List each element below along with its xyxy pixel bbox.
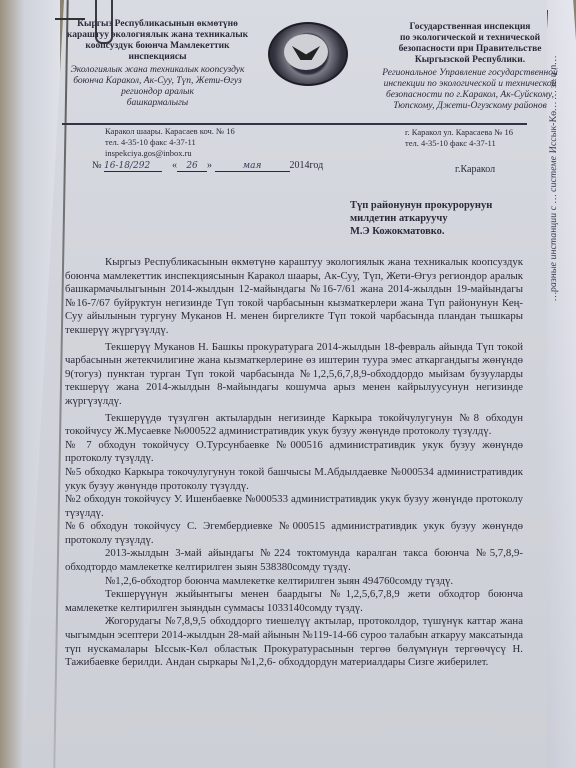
paragraph: №1,2,6-обходтор боюнча мамлекетке келтир…	[65, 575, 523, 589]
emblem-center	[284, 34, 328, 70]
paragraph: №2 обходун токойчусу У. Ишенбаевке №0005…	[65, 493, 523, 520]
addressee-line: Түп районунун прокурорунун	[350, 199, 492, 212]
letterhead-line: Тюпскому, Джети-Огузскому районов	[375, 101, 565, 112]
phone-fax: тел. 4-35-10 факс 4-37-11	[105, 137, 235, 148]
addressee-line: М.Э Кожокматовко.	[350, 225, 492, 238]
letterhead-line: Региональное Управление государственной	[375, 68, 565, 79]
letterhead-divider	[62, 123, 527, 125]
outgoing-number: 16-18/292	[104, 161, 162, 172]
phone-fax: тел. 4-35-10 факс 4-37-11	[405, 138, 513, 149]
letterhead-line: инспекции по экологической и технической	[375, 79, 565, 90]
number-label: №	[92, 160, 102, 171]
letterhead-line: инспекциясы	[60, 52, 255, 63]
letterhead-russian: Государственная инспекция по экологическ…	[375, 22, 565, 112]
paragraph: Жогорудагы №7,8,9,5 обходдорго тиешелүү …	[65, 615, 523, 669]
month: мая	[215, 161, 290, 172]
paragraph: 2013-жылдын 3-май айындагы №224 токтомун…	[65, 547, 523, 574]
letterhead-line: безопасности при Правительстве	[375, 44, 565, 55]
letterhead-line: боюнча Каракол, Ак-Суу, Түп, Жети-Өгуз	[60, 76, 255, 87]
paragraph: Текшерүү Муканов Н. Башкы прокуратурага …	[65, 341, 523, 409]
addressee: Түп районунун прокурорунун милдетин атка…	[350, 199, 492, 238]
paragraph: Текшерүүдө түзүлгөн актылардын негизинде…	[65, 412, 523, 439]
quote-close: »	[207, 160, 212, 171]
letter-body: Кыргыз Республикасынын өкмөтүнө караштуу…	[65, 256, 523, 670]
email: inspekciya.gos@inbox.ru	[105, 148, 235, 159]
address-kyrgyz: Каракол шаары. Карасаев коч. № 16 тел. 4…	[105, 126, 235, 159]
city: г.Каракол	[455, 164, 495, 175]
state-emblem-icon	[268, 22, 348, 86]
letterhead-line: безопасности по г.Каракол, Ак-Суйскому,	[375, 90, 565, 101]
address-line: г. Каракол ул. Карасаева № 16	[405, 127, 513, 138]
paragraph: №6 обходун токойчусу С. Эгембердиевке №0…	[65, 520, 523, 547]
letterhead-line: Кыргыз Республикасынын өкмөтүнө	[60, 19, 255, 30]
paragraph: Кыргыз Республикасынын өкмөтүнө караштуу…	[65, 256, 523, 338]
letterhead-line: караштуу экологиялык жана техникалык	[60, 30, 255, 41]
paragraph: Текшерүүнүн жыйынтыгы менен баардыгы №1,…	[65, 588, 523, 615]
day: 26	[177, 161, 207, 172]
eagle-icon	[292, 46, 320, 60]
address-russian: г. Каракол ул. Карасаева № 16 тел. 4-35-…	[405, 127, 513, 149]
letterhead-kyrgyz: Кыргыз Республикасынын өкмөтүнө караштуу…	[60, 19, 255, 109]
paragraph: №5 обходко Каркыра токочулугунун токой б…	[65, 466, 523, 493]
paragraph: № 7 обходун токойчусу О.Турсунбаевке №00…	[65, 439, 523, 466]
letterhead-line: региондор аралык	[60, 87, 255, 98]
letterhead-line: коопсуздук боюнча Мамлекеттик	[60, 41, 255, 52]
letterhead-line: башкармалыгы	[60, 98, 255, 109]
addressee-line: милдетин аткаруучу	[350, 212, 492, 225]
outgoing-number-date: № 16-18/292 «26» мая2014год	[92, 160, 323, 172]
letterhead-line: Государственная инспекция	[375, 22, 565, 33]
letterhead-line: по экологической и технической	[375, 33, 565, 44]
letterhead-line: Кыргызской Республики.	[375, 55, 565, 66]
year: 2014год	[290, 160, 324, 171]
letterhead-line: Экологиялык жана техникалык коопсуздук	[60, 65, 255, 76]
address-line: Каракол шаары. Карасаев коч. № 16	[105, 126, 235, 137]
